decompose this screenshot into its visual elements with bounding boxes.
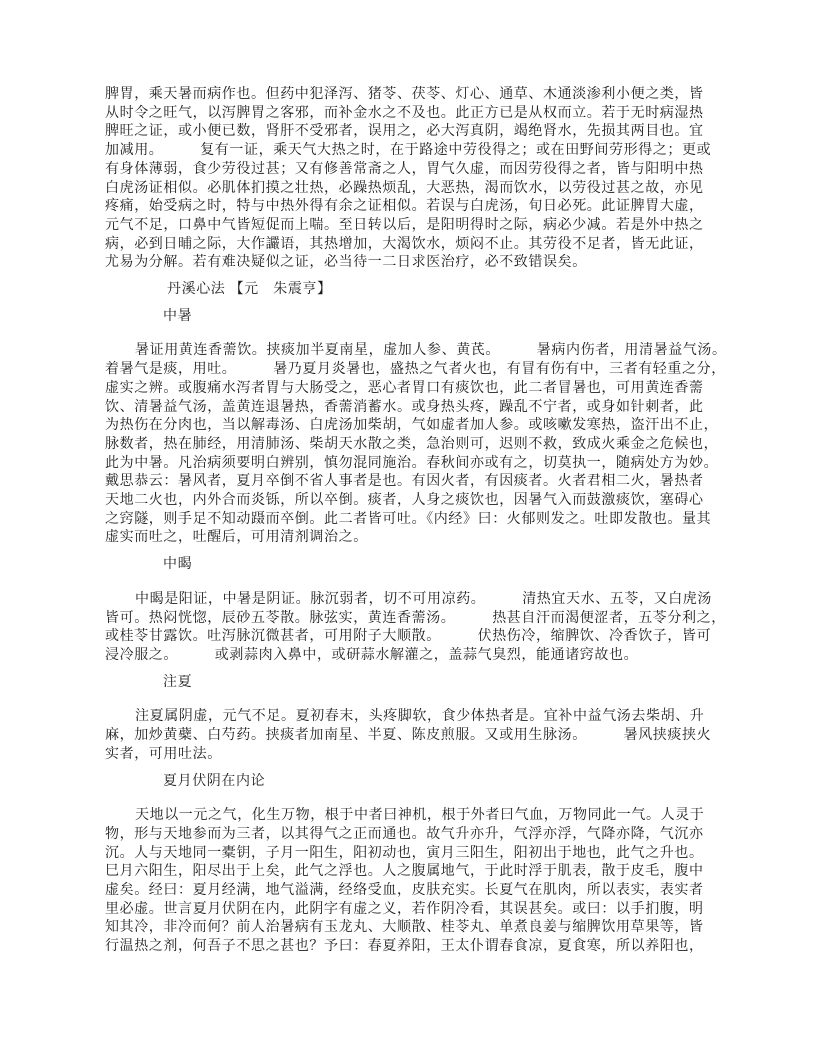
text-line: 暑证用黄连香薷饮。挟痰加半夏南星，虚加人参、黄芪。 暑病内伤者，用清暑益气汤。: [105, 342, 725, 361]
text-line: 从时令之旺气，以泻脾胃之客邪，而补金水之不及也。此正方已是从权而立。若于无时病湿…: [105, 105, 725, 124]
text-line: 或桂苓甘露饮。吐泻脉沉微甚者，可用附子大顺散。 伏热伤冷，缩脾饮、冷香饮子，皆可: [105, 628, 725, 647]
text-line: 虚实而吐之，吐醒后，可用清剂调治之。: [105, 529, 725, 548]
text-line: 白虎汤证相似。必肌体扪摸之壮热，必躁热烦乱，大恶热，渴而饮水，以劳役过甚之故，亦…: [105, 180, 725, 199]
text-line: 虚实之辨。或腹痛水泻者胃与大肠受之，恶心者胃口有痰饮也，此二者冒暑也，可用黄连香…: [105, 380, 725, 399]
text-line: 实者，可用吐法。: [105, 746, 725, 765]
text-line: 脉数者，热在肺经，用清肺汤、柴胡天水散之类，急治则可，迟则不救，致成火乘金之危候…: [105, 436, 725, 455]
section-heading: 注夏: [105, 674, 725, 693]
text-line: 浸冷服之。 或剥蒜肉入鼻中，或研蒜水解灌之，盖蒜气臭烈，能通诸窍故也。: [105, 647, 725, 666]
text-line: 皆可。热闷恍惚，辰砂五苓散。脉弦实，黄连香薷汤。 热甚自汗而渴便涩者，五苓分利之…: [105, 610, 725, 629]
text-line: 虚矣。经曰：夏月经满，地气溢满，经络受血，皮肤充实。长夏气在肌肉，所以表实，表实…: [105, 882, 725, 901]
text-line: 此为中暑。凡治病须要明白辨别，慎勿混同施治。春秋间亦或有之，切莫执一，随病处方为…: [105, 455, 725, 474]
text-line: 元气不足，口鼻中气皆短促而上喘。至日转以后，是阳明得时之际，病必少减。若是外中热…: [105, 217, 725, 236]
text-line: 脾胃，乘天暑而病作也。但药中犯泽泻、猪苓、茯苓、灯心、通草、木通淡渗利小便之类，…: [105, 86, 725, 105]
paragraph: 中暍是阳证，中暑是阴证。脉沉弱者，切不可用凉药。 清热宜天水、五苓，又白虎汤皆可…: [105, 591, 725, 666]
text-line: 注夏属阴虚，元气不足。夏初春末，头疼脚软，食少体热者是。宜补中益气汤去柴胡、升: [105, 708, 725, 727]
text-line: 麻，加炒黄蘗、白芍药。挟痰者加南星、半夏、陈皮煎服。又或用生脉汤。 暑风挟痰挟火: [105, 727, 725, 746]
text-line: 之窍隧，则手足不知动蹑而卒倒。此二者皆可吐。《内经》曰：火郁则发之。吐即发散也。…: [105, 511, 725, 530]
text-line: 加减用。 复有一证，乘天气大热之时，在于路途中劳役得之；或在田野间劳形得之；更或: [105, 142, 725, 161]
text-line: 病，必到日晡之际，大作讝语，其热增加，大渴饮水，烦闷不止。其劳役不足者，皆无此证…: [105, 236, 725, 255]
text-line: 中暍是阳证，中暑是阴证。脉沉弱者，切不可用凉药。 清热宜天水、五苓，又白虎汤: [105, 591, 725, 610]
paragraph: 注夏属阴虚，元气不足。夏初春末，头疼脚软，食少体热者是。宜补中益气汤去柴胡、升麻…: [105, 708, 725, 764]
text-line: 里必虚。世言夏月伏阴在内，此阴字有虚之义，若作阴冷看，其误甚矣。或曰：以手扪腹，…: [105, 901, 725, 920]
text-line: 物，形与天地参而为三者，以其得气之正而通也。故气升亦升，气浮亦浮，气降亦降，气沉…: [105, 826, 725, 845]
text-line: 饮、清暑益气汤，盖黄连退暑热，香薷消蓄水。或身热头疼，躁乱不宁者，或身如针刺者，…: [105, 399, 725, 418]
section-heading: 中暍: [105, 556, 725, 575]
book-title-line: 丹溪心法 【元 朱震亨】: [105, 281, 725, 300]
text-line: 天地二火也，内外合而炎铄，所以卒倒。痰者，人身之痰饮也，因暑气入而鼓激痰饮，塞碍…: [105, 492, 725, 511]
document-page: 脾胃，乘天暑而病作也。但药中犯泽泻、猪苓、茯苓、灯心、通草、木通淡渗利小便之类，…: [105, 86, 725, 957]
text-line: 尤易为分解。若有难决疑似之证，必当待一二日求医治疗，必不致错误矣。: [105, 254, 725, 273]
paragraph-continued: 脾胃，乘天暑而病作也。但药中犯泽泻、猪苓、茯苓、灯心、通草、木通淡渗利小便之类，…: [105, 86, 725, 273]
text-line: 疼痛，始受病之时，特与中热外得有余之证相似。若误与白虎汤，旬日必死。此证脾胃大虚…: [105, 198, 725, 217]
section-heading: 中暑: [105, 308, 725, 327]
section-heading: 夏月伏阴在内论: [105, 773, 725, 792]
text-line: 戴思恭云：暑风者，夏月卒倒不省人事者是也。有因火者，有因痰者。火者君相二火，暑热…: [105, 473, 725, 492]
text-line: 巳月六阳生，阳尽出于上矣，此气之浮也。人之腹属地气，于此时浮于肌表，散于皮毛，腹…: [105, 863, 725, 882]
paragraph: 天地以一元之气，化生万物，根于中者曰神机，根于外者曰气血，万物同此一气。人灵于物…: [105, 807, 725, 957]
paragraph: 暑证用黄连香薷饮。挟痰加半夏南星，虚加人参、黄芪。 暑病内伤者，用清暑益气汤。着…: [105, 342, 725, 548]
text-line: 天地以一元之气，化生万物，根于中者曰神机，根于外者曰气血，万物同此一气。人灵于: [105, 807, 725, 826]
text-line: 有身体薄弱，食少劳役过甚；又有修善常斋之人，胃气久虚，而因劳役得之者，皆与阳明中…: [105, 161, 725, 180]
text-line: 行温热之剂，何吾子不思之甚也？予曰：春夏养阳，王太仆谓春食凉，夏食寒，所以养阳也…: [105, 938, 725, 957]
text-line: 脾旺之证，或小便已数，肾肝不受邪者，误用之，必大泻真阴，竭绝肾水，先损其两目也。…: [105, 123, 725, 142]
text-line: 为热伤在分肉也，当以解毒汤、白虎汤加柴胡，气如虚者加人参。或咳嗽发寒热，盗汗出不…: [105, 417, 725, 436]
text-line: 知其冷，非冷而何？前人治暑病有玉龙丸、大顺散、桂苓丸、单煮良姜与缩脾饮用草果等，…: [105, 919, 725, 938]
text-line: 沉。人与天地同一橐钥，子月一阳生，阳初动也，寅月三阳生，阳初出于地也，此气之升也…: [105, 845, 725, 864]
text-line: 着暑气是痰，用吐。 暑乃夏月炎暑也，盛热之气者火也，有冒有伤有中，三者有轻重之分…: [105, 361, 725, 380]
